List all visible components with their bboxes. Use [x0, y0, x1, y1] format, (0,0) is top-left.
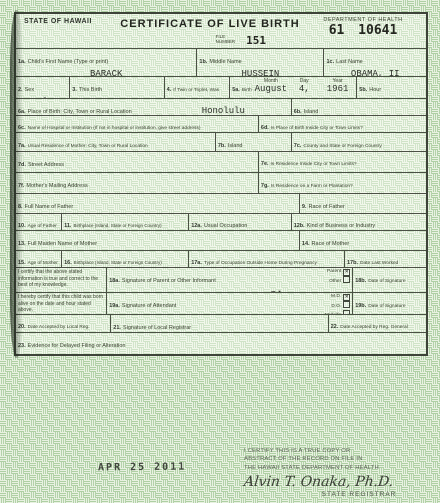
field-father-industry: 12b.Kind of Business or Industry Univers… — [291, 214, 426, 230]
birth-certificate-scan: STATE OF HAWAII CERTIFICATE OF LIVE BIRT… — [0, 0, 440, 503]
certification-line: THE HAWAII STATE DEPARTMENT OF HEALTH — [244, 464, 434, 472]
true-copy-certification: I CERTIFY THIS IS A TRUE COPY OR ABSTRAC… — [244, 447, 434, 498]
field-farm-plantation: 7g.Is Residence on a Farm or Plantation?… — [258, 173, 426, 193]
row-mother-details: 15.Age of Mother 18 16.Birthplace (Islan… — [16, 250, 426, 267]
certificate-form: STATE OF HAWAII CERTIFICATE OF LIVE BIRT… — [14, 12, 428, 356]
field-this-birth: 3.This Birth Single✕TwinTriplet — [69, 77, 163, 98]
field-attendant-signature-date: 19b.Date of Signature 8-8-61 — [352, 293, 426, 314]
middle-name-value: HUSSEIN — [199, 69, 321, 76]
field-street-address: 7d.Street Address 6085 Kalanianaole High… — [16, 152, 258, 172]
field-mailing-address: 7f.Mother's Mailing Address — [16, 173, 258, 193]
field-attendant-signature: 19a.Signature of Attendant David A. Sinc… — [106, 293, 352, 314]
field-delayed-filing: 23.Evidence for Delayed Filing or Altera… — [16, 333, 426, 354]
field-birth-date: 5a.Birth Date Month Day Year August 4, 1… — [229, 77, 356, 98]
field-residence-city: 7a.Usual Residence of Mother: City, Town… — [16, 133, 215, 151]
field-birth-city: 6a.Place of Birth: City, Town or Rural L… — [16, 99, 291, 115]
field-parent-signature-date: 18b.Date of Signature 8-7-61 — [352, 268, 426, 292]
certification-line: ABSTRACT OF THE RECORD ON FILE IN — [244, 455, 434, 463]
department-block: DEPARTMENT OF HEALTH 61 10641 — [300, 14, 426, 48]
row-delayed-filing: 23.Evidence for Delayed Filing or Altera… — [16, 332, 426, 354]
field-residence-island: 7b.Island Oahu — [215, 133, 291, 151]
field-mother-occupation: 17a.Type of Occupation Outside Home Duri… — [188, 251, 344, 267]
field-father-birthplace: 11.Birthplace (Island, State or Foreign … — [61, 214, 188, 230]
field-reg-general-date: 22.Date Accepted by Reg. General AUG -8 … — [328, 315, 426, 332]
form-title: CERTIFICATE OF LIVE BIRTH — [120, 18, 300, 30]
birth-month-value: August — [254, 84, 287, 94]
parent-certification-text: I certify that the above stated informat… — [16, 268, 106, 292]
field-hospital: 6c.Name of Hospital or Institution (If n… — [16, 116, 258, 132]
field-birth-island: 6b.Island Oahu — [291, 99, 426, 115]
field-mother-age: 15.Age of Mother 18 — [16, 251, 61, 267]
attendant-certification-text: I hereby certify that this child was bor… — [16, 293, 106, 314]
field-date-last-worked: 17b.Date Last Worked — [344, 251, 426, 267]
row-residence: 7a.Usual Residence of Mother: City, Town… — [16, 132, 426, 151]
field-father-occupation: 12a.Usual Occupation Student — [188, 214, 291, 230]
row-attendant-signature: I hereby certify that this child was bor… — [16, 292, 426, 314]
row-mailing-address: 7f.Mother's Mailing Address 7g.Is Reside… — [16, 172, 426, 193]
parent-signature-date-value: 8-7-61 — [369, 291, 402, 292]
field-local-reg-date: 20.Date Accepted by Local Reg. AUG -8 19… — [16, 315, 110, 332]
certificate-number: 61 10641 — [300, 23, 426, 38]
parent-signature-script: (Stanley) Ann Dunham Obama — [125, 288, 311, 292]
field-hour: 5b.Hour 7:24 P.M. — [356, 77, 426, 98]
sex-value: Male — [18, 97, 67, 98]
birth-day-value: 4, — [288, 84, 321, 94]
field-mother-name: 13.Full Maiden Name of Mother STANLEY AN… — [16, 231, 299, 250]
field-mother-birthplace: 16.Birthplace (Island, State or Foreign … — [61, 251, 188, 267]
field-father-name: 8.Full Name of Father BARACK HUSSEIN OBA… — [16, 194, 299, 213]
state-name: STATE OF HAWAII — [16, 14, 120, 48]
file-number-block: FILE NUMBER 151 — [120, 31, 300, 49]
midwife-checkbox — [343, 310, 350, 314]
row-father-details: 10.Age of Father 25 11.Birthplace (Islan… — [16, 213, 426, 230]
field-local-registrar-signature: 21.Signature of Local Registrar U K L Le… — [110, 315, 327, 332]
state-registrar-title: STATE REGISTRAR — [244, 491, 434, 498]
field-sex: 2.Sex Male — [16, 77, 69, 98]
last-name-value: OBAMA, II — [326, 69, 424, 76]
birth-year-value: 1961 — [321, 84, 354, 94]
row-birth-details: 2.Sex Male 3.This Birth Single✕TwinTripl… — [16, 76, 426, 98]
first-name-value: BARACK — [18, 69, 194, 76]
field-father-age: 10.Age of Father 25 — [16, 214, 61, 230]
field-father-race: 9.Race of Father African — [299, 194, 426, 213]
file-number-value: 151 — [246, 34, 266, 47]
field-birth-city-limits: 6d.Is Place of Birth Inside City or Town… — [258, 116, 426, 132]
row-father: 8.Full Name of Father BARACK HUSSEIN OBA… — [16, 193, 426, 213]
hour-value: 7:24 P.M. — [359, 97, 424, 98]
informant-type-checkboxes: Parent✕ Other — [327, 269, 350, 285]
field-mother-race: 14.Race of Mother Caucasian — [299, 231, 426, 250]
row-registrar: 20.Date Accepted by Local Reg. AUG -8 19… — [16, 314, 426, 332]
form-header: STATE OF HAWAII CERTIFICATE OF LIVE BIRT… — [16, 14, 426, 48]
row-mother: 13.Full Maiden Name of Mother STANLEY AN… — [16, 230, 426, 250]
do-checkbox — [343, 301, 350, 308]
field-last-name: 1c.Last Name OBAMA, II — [323, 49, 426, 76]
other-informant-checkbox — [343, 276, 350, 283]
row-child-name: 1a.Child's First Name (Type or print) BA… — [16, 48, 426, 76]
field-first-name: 1a.Child's First Name (Type or print) BA… — [16, 49, 196, 76]
md-checkbox: ✕ — [343, 294, 350, 301]
row-street-address: 7d.Street Address 6085 Kalanianaole High… — [16, 151, 426, 172]
field-middle-name: 1b.Middle Name HUSSEIN — [196, 49, 323, 76]
file-number-label: FILE NUMBER — [216, 35, 242, 45]
row-hospital: 6c.Name of Hospital or Institution (If n… — [16, 115, 426, 132]
state-registrar-signature-script: Alvin T. Onaka, Ph.D. — [243, 474, 435, 490]
field-parent-signature: 18a.Signature of Parent or Other Informa… — [106, 268, 352, 292]
form-title-block: CERTIFICATE OF LIVE BIRTH FILE NUMBER 15… — [120, 14, 300, 48]
parent-checkbox: ✕ — [343, 269, 350, 276]
field-residence-city-limits: 7e.Is Residence Inside City or Town Limi… — [258, 152, 426, 172]
row-parent-signature: I certify that the above stated informat… — [16, 267, 426, 292]
row-place-of-birth: 6a.Place of Birth: City, Town or Rural L… — [16, 98, 426, 115]
received-date-stamp: APR 25 2011 — [98, 462, 186, 474]
birth-city-value: Honolulu — [202, 106, 245, 115]
attendant-signature-date-value: 8-8-61 — [364, 313, 404, 314]
field-residence-county: 7c.County and State or Foreign Country H… — [291, 133, 426, 151]
field-twin-order: 4.If Twin or Triplet, Was Child Born 1st… — [164, 77, 230, 98]
attendant-type-checkboxes: M.D.✕ D.O. Midwife Other — [325, 294, 350, 314]
certification-line: I CERTIFY THIS IS A TRUE COPY OR — [244, 447, 434, 455]
